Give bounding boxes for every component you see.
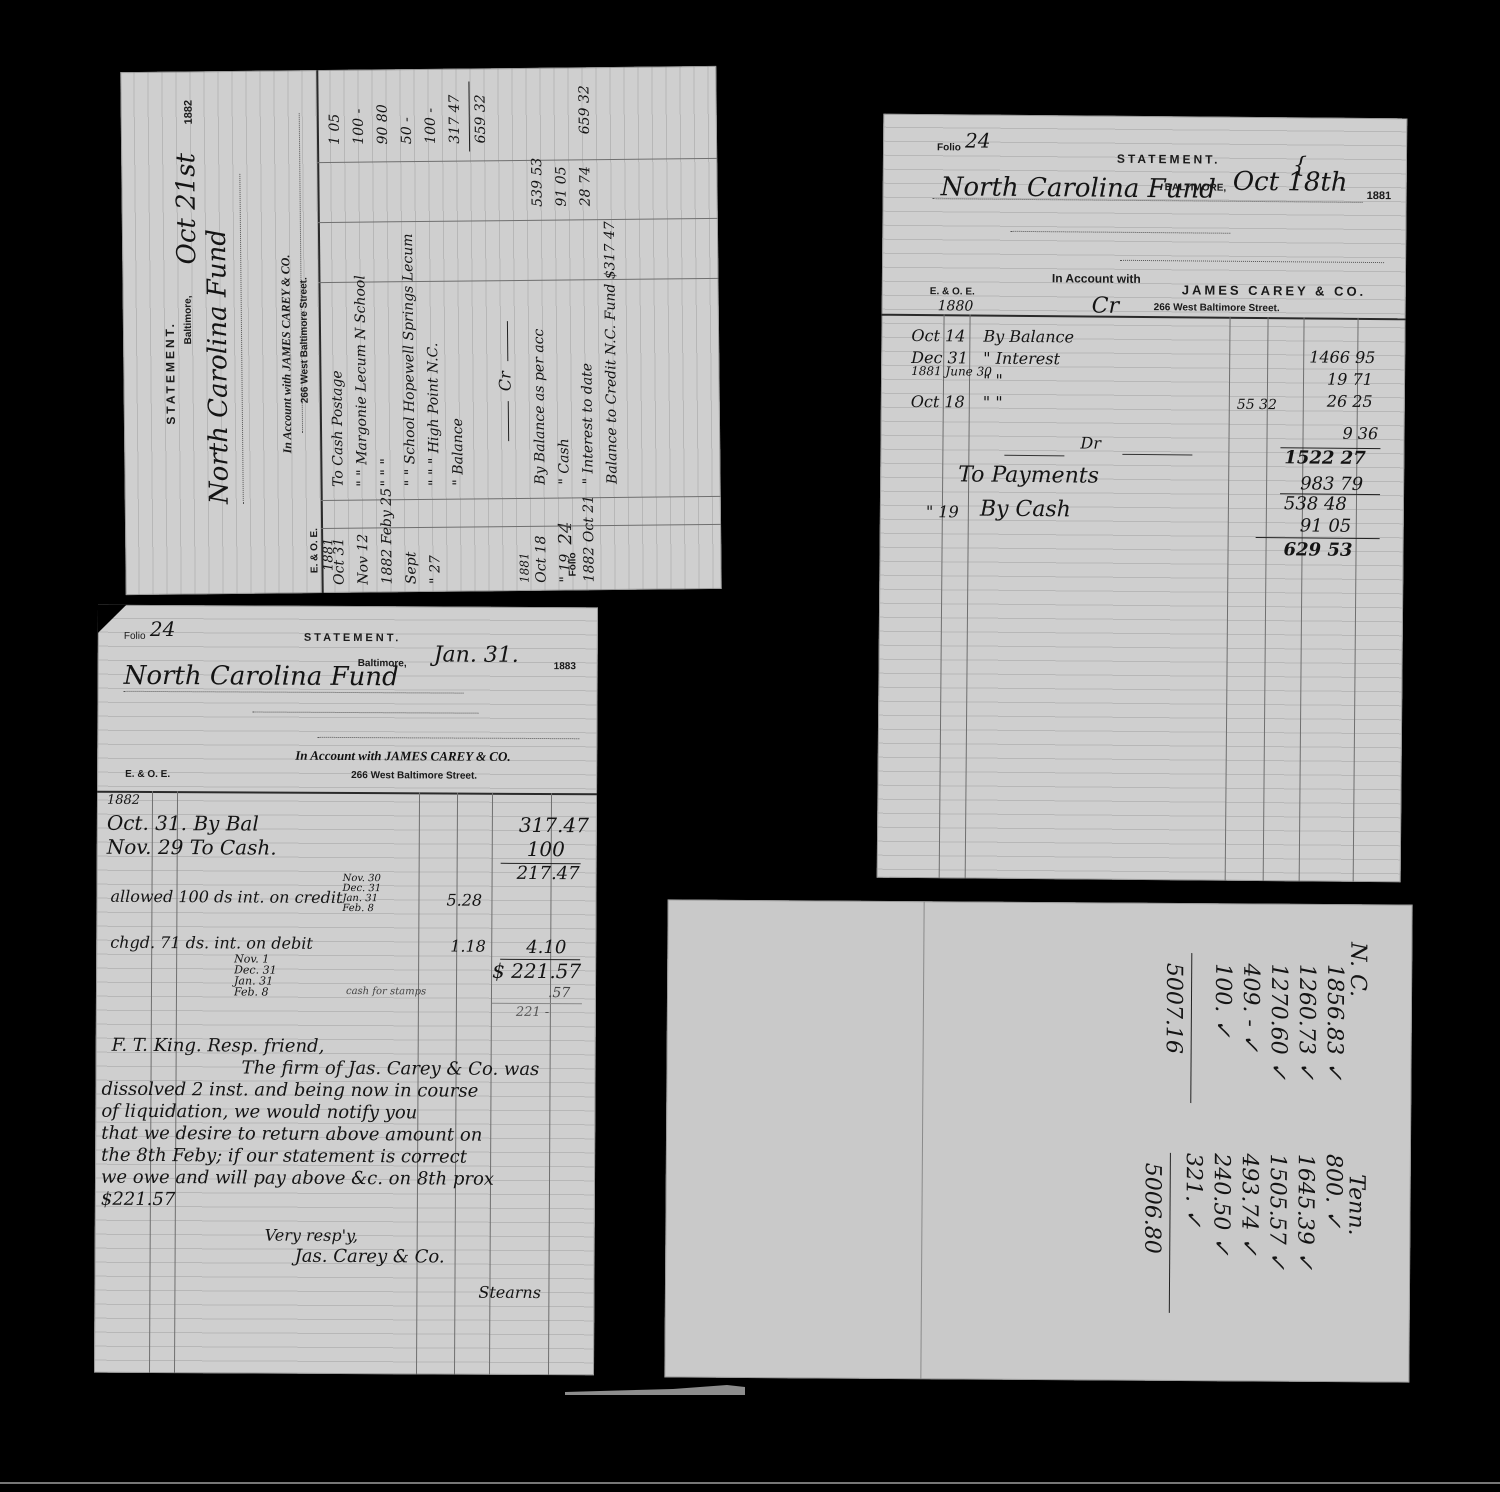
allowed-interest-line: allowed 100 ds int. on credit: [110, 887, 342, 907]
letter-closing: Very resp'y,: [265, 1226, 358, 1245]
ledger-year: 1880: [938, 298, 974, 314]
nc-heading: N. C.: [1345, 942, 1370, 997]
total: $ 221.57: [492, 959, 581, 983]
cash-date: " 19: [926, 502, 959, 521]
eoe-label: E. & O. E.: [930, 286, 975, 297]
folio-label: Folio: [124, 631, 146, 642]
letter-text: F. T. King. Resp. friend, The firm of Ja…: [101, 1035, 540, 1213]
statement-date: Oct 21st: [171, 153, 202, 265]
statement-sheet-jan-1883: Folio 24 STATEMENT. Baltimore, Jan. 31. …: [94, 605, 598, 1376]
nc-total: 5007.16: [1161, 963, 1187, 1054]
subtotal: 1522 27: [1284, 447, 1366, 469]
payee-name: North Carolina Fund: [124, 661, 399, 692]
statement-heading: STATEMENT.: [1117, 152, 1221, 167]
allowed-amount: 5.28: [446, 891, 482, 910]
allowed-dates: Nov. 30 Dec. 31 Jan. 31 Feb. 8: [342, 874, 381, 914]
eoe-label: E. & O. E.: [309, 528, 320, 573]
charged-dates: Nov. 1 Dec. 31 Jan. 31 Feb. 8: [234, 953, 277, 997]
address: 266 West Baltimore Street.: [298, 277, 310, 403]
account-firm: JAMES CAREY & CO.: [1182, 282, 1367, 299]
tenn-total: 5006.80: [1139, 1163, 1165, 1254]
final-amount: 221 -: [516, 1005, 549, 1020]
nc-values: 1856.83 ✓ 1260.73 ✓ 1270.60 ✓ 409. - ✓ 1…: [1207, 963, 1348, 1080]
statement-date: Oct 18th: [1233, 167, 1348, 198]
closing-line: Balance to Credit N.C. Fund $317 47: [602, 221, 621, 484]
rotated-content: N. C. 1856.83 ✓ 1260.73 ✓ 1270.60 ✓ 409.…: [664, 899, 1412, 1382]
ledger-row: " 27 " " " High Point N.C. 100 -: [422, 74, 449, 584]
ledger-row: 1882 Oct 21 " Interest to date 28 74 659…: [576, 72, 603, 582]
tally-sheet: N. C. 1856.83 ✓ 1260.73 ✓ 1270.60 ✓ 409.…: [664, 899, 1412, 1382]
statement-sheet-oct-1881: Folio 24 STATEMENT. North Carolina Fund …: [877, 114, 1408, 883]
statement-year: 1881: [1367, 190, 1392, 202]
paper-scrap: [565, 1385, 745, 1395]
statement-year: 1882: [183, 100, 195, 125]
credit-year: 1881: [517, 552, 531, 583]
charged-amount: 1.18: [450, 937, 486, 956]
credit-total: 659 32: [576, 85, 593, 134]
signature-firm: Jas. Carey & Co.: [295, 1246, 445, 1268]
city-label: BALTIMORE,: [1165, 182, 1227, 194]
ledger-row: Oct 31 To Cash Postage 1 05: [326, 75, 353, 585]
debit-total: 659 32: [473, 94, 490, 143]
statement-date: Jan. 31.: [434, 642, 519, 667]
folio-label: Folio: [937, 142, 961, 153]
cash-amount: 91 05: [1300, 515, 1352, 536]
statement-year: 1883: [554, 661, 576, 672]
statement-heading: STATEMENT.: [163, 321, 178, 425]
tenn-values: 800. ✓ 1645.39 ✓ 1505.57 ✓ 493.74 ✓ 240.…: [1178, 1153, 1347, 1271]
ledger-row: Sept " " School Hopewell Springs Lecum 5…: [398, 74, 425, 584]
payments-amount: 983 79: [1300, 473, 1363, 495]
dr-label: Dr: [1080, 433, 1101, 452]
account-line: In Account with JAMES CAREY & CO.: [278, 254, 295, 453]
brace: {: [1293, 153, 1307, 178]
debit-rows: Oct 31 To Cash Postage 1 05 Nov 12 " " M…: [326, 70, 331, 593]
address: 266 West Baltimore Street.: [351, 770, 477, 782]
account-line: In Account with JAMES CAREY & CO.: [295, 748, 511, 765]
account-line-prefix: In Account with: [1052, 271, 1141, 286]
scan-edge: [0, 1482, 1500, 1484]
charged-interest-line: chgd. 71 ds. int. on debit: [110, 933, 313, 953]
tenn-heading: Tenn.: [1343, 1174, 1368, 1236]
after-payments: 538 48: [1284, 493, 1347, 515]
cash-desc: By Cash: [980, 497, 1071, 523]
credit-rows: Oct 14 By Balance 1466 95 Dec 31 " Inter…: [881, 326, 1405, 331]
ledger-row: 1882 Feby 25 " " " 90 80: [374, 74, 401, 584]
net-interest: 4.10: [526, 937, 566, 958]
ledger-row: Oct 18 By Balance as per acc 539 53: [528, 73, 555, 583]
credit-rows: Oct 18 By Balance as per acc 539 53 " 19…: [528, 68, 533, 591]
ledger-row: Nov 12 " " Margonie Lecum N School 100 -: [350, 74, 377, 584]
ledger-row: Nov. 29 To Cash. 100: [107, 835, 587, 864]
payee-name: North Carolina Fund: [202, 229, 235, 504]
folio-number: 24: [150, 617, 176, 641]
stamps-amount: .57: [548, 985, 570, 1001]
rotated-content: Folio 24 STATEMENT. Baltimore, Oct 21st …: [120, 66, 721, 595]
eoe-label: E. & O. E.: [125, 769, 170, 780]
statement-heading: STATEMENT.: [304, 632, 401, 645]
city-label: Baltimore,: [183, 295, 195, 344]
payments-desc: To Payments: [958, 462, 1099, 488]
final-total: 629 53: [1283, 539, 1352, 561]
address: 266 West Baltimore Street.: [1154, 302, 1280, 314]
stamps-note: cash for stamps: [346, 986, 426, 997]
ledger-row: Oct 18 " " 9 36: [911, 392, 1401, 418]
ledger-row: " 19 " Cash 91 05: [552, 72, 579, 582]
statement-sheet-oct-1882: Folio 24 STATEMENT. Baltimore, Oct 21st …: [120, 66, 721, 595]
signature-name: Stearns: [478, 1283, 541, 1302]
ledger-year: 1882: [107, 793, 140, 808]
credit-heading: Cr: [495, 371, 514, 391]
folio-number: 24: [965, 128, 991, 152]
subtotal: 217.47: [517, 863, 580, 884]
